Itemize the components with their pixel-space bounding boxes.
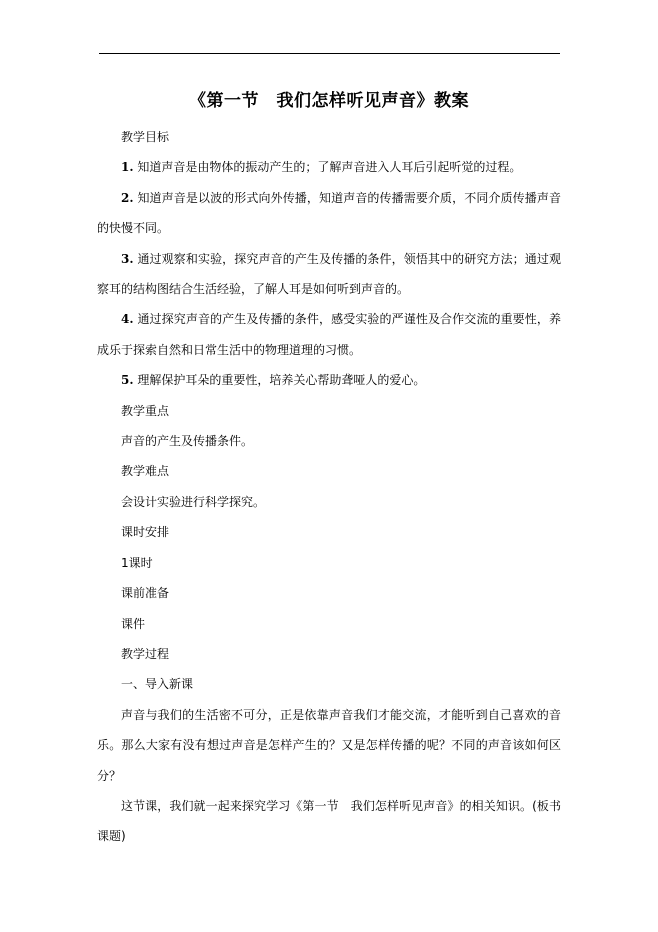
objective-1: 1. 知道声音是由物体的振动产生的；了解声音进入人耳后引起听觉的过程。 <box>97 152 561 182</box>
document-page: 《第一节 我们怎样听见声音》教案 教学目标 1. 知道声音是由物体的振动产生的；… <box>0 0 658 932</box>
process-paragraph-1: 声音与我们的生活密不可分，正是依靠声音我们才能交流，才能听到自己喜欢的音乐。那么… <box>97 700 561 791</box>
document-body: 教学目标 1. 知道声音是由物体的振动产生的；了解声音进入人耳后引起听觉的过程。… <box>97 122 561 852</box>
objective-number: 1. <box>121 160 134 174</box>
key-points-text: 声音的产生及传播条件。 <box>97 426 561 456</box>
objective-number: 2. <box>121 191 134 205</box>
process-paragraph-2: 这节课，我们就一起来探究学习《第一节 我们怎样听见声音》的相关知识。(板书课题) <box>97 791 561 852</box>
section-heading-preparation: 课前准备 <box>97 578 561 608</box>
section-heading-schedule: 课时安排 <box>97 517 561 547</box>
objective-2: 2. 知道声音是以波的形式向外传播，知道声音的传播需要介质，不同介质传播声音的快… <box>97 183 561 244</box>
section-heading-process: 教学过程 <box>97 639 561 669</box>
objective-text: 通过探究声音的产生及传播的条件，感受实验的严谨性及合作交流的重要性，养成乐于探索… <box>97 312 561 356</box>
objective-text: 通过观察和实验，探究声音的产生及传播的条件，领悟其中的研究方法；通过观察耳的结构… <box>97 252 561 296</box>
document-title: 《第一节 我们怎样听见声音》教案 <box>0 89 658 113</box>
objective-number: 3. <box>121 252 134 266</box>
objective-text: 理解保护耳朵的重要性，培养关心帮助聋哑人的爱心。 <box>134 373 426 387</box>
header-rule <box>99 53 560 54</box>
objective-5: 5. 理解保护耳朵的重要性，培养关心帮助聋哑人的爱心。 <box>97 365 561 395</box>
objective-text: 知道声音是由物体的振动产生的；了解声音进入人耳后引起听觉的过程。 <box>134 160 522 174</box>
process-subheading: 一、导入新课 <box>97 669 561 699</box>
objective-text: 知道声音是以波的形式向外传播，知道声音的传播需要介质，不同介质传播声音的快慢不同… <box>97 191 561 235</box>
section-heading-objectives: 教学目标 <box>97 122 561 152</box>
section-heading-difficulties: 教学难点 <box>97 456 561 486</box>
objective-4: 4. 通过探究声音的产生及传播的条件，感受实验的严谨性及合作交流的重要性，养成乐… <box>97 304 561 365</box>
preparation-text: 课件 <box>97 609 561 639</box>
objective-number: 4. <box>121 312 134 326</box>
objective-3: 3. 通过观察和实验，探究声音的产生及传播的条件，领悟其中的研究方法；通过观察耳… <box>97 244 561 305</box>
difficulties-text: 会设计实验进行科学探究。 <box>97 487 561 517</box>
schedule-text: 1课时 <box>97 548 561 578</box>
objective-number: 5. <box>121 373 134 387</box>
section-heading-key-points: 教学重点 <box>97 396 561 426</box>
